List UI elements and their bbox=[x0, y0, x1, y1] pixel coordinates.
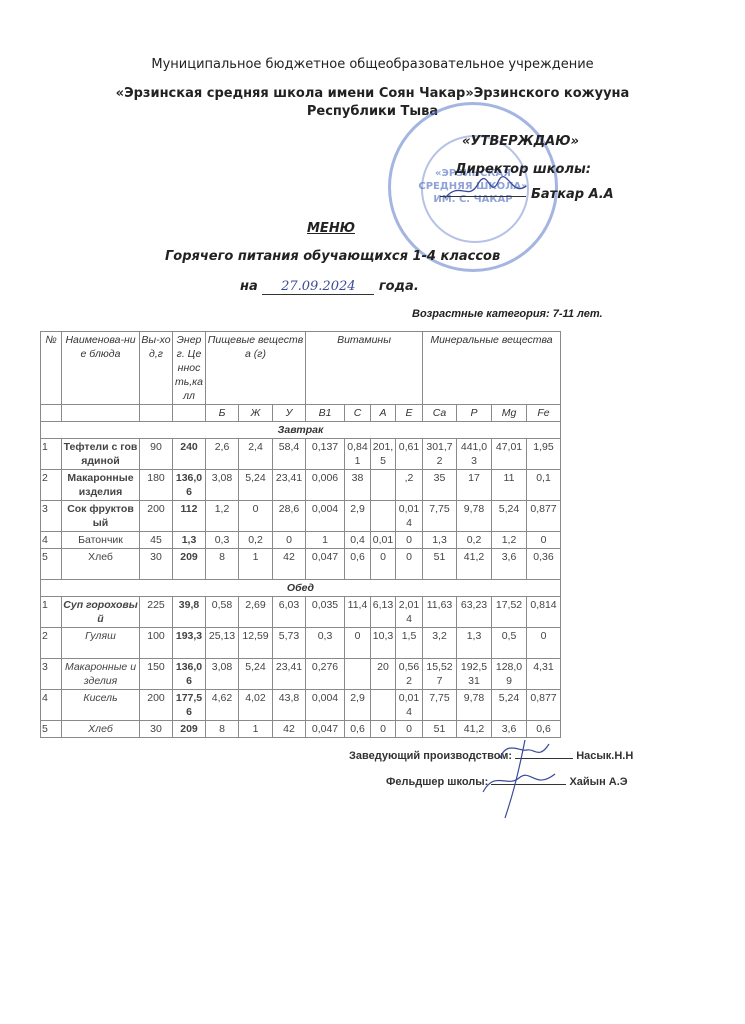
cell-c: 11,4 bbox=[345, 597, 371, 628]
cell-energy: 39,8 bbox=[173, 597, 206, 628]
cell-u: 23,41 bbox=[273, 659, 306, 690]
cell-name: Макаронные изделия bbox=[62, 659, 140, 690]
cell-zh: 1 bbox=[239, 549, 273, 580]
cell-name: Сок фруктовый bbox=[62, 501, 140, 532]
cell-b: 3,08 bbox=[206, 659, 239, 690]
date-suffix: года. bbox=[379, 279, 419, 294]
signatures-scribble-icon bbox=[475, 730, 565, 820]
cell-e: 0,014 bbox=[396, 690, 423, 721]
cell-n: 4 bbox=[41, 690, 62, 721]
cell-zh: 4,02 bbox=[239, 690, 273, 721]
menu-date: 27.09.2024 bbox=[262, 279, 374, 295]
cell-zh: 5,24 bbox=[239, 470, 273, 501]
cell-energy: 240 bbox=[173, 439, 206, 470]
table-row: 1Тефтели с говядиной902402,62,458,40,137… bbox=[41, 439, 561, 470]
cell-c: 0,6 bbox=[345, 721, 371, 738]
cell-b: 0,3 bbox=[206, 532, 239, 549]
cell-name: Тефтели с говядиной bbox=[62, 439, 140, 470]
header-row: № Наименова-ние блюда Вы-ход,г Энерг. Це… bbox=[41, 332, 561, 405]
cell-fe: 1,95 bbox=[527, 439, 561, 470]
cell-ca: 7,75 bbox=[423, 501, 457, 532]
cell-fe: 0,814 bbox=[527, 597, 561, 628]
cell-c: 0,841 bbox=[345, 439, 371, 470]
subheader-cell: Mg bbox=[492, 405, 527, 422]
cell-p: 1,3 bbox=[457, 628, 492, 659]
cell-b1: 0,276 bbox=[306, 659, 345, 690]
cell-b: 0,58 bbox=[206, 597, 239, 628]
cell-b: 8 bbox=[206, 721, 239, 738]
cell-c: 0,4 bbox=[345, 532, 371, 549]
cell-u: 23,41 bbox=[273, 470, 306, 501]
cell-e: 0,014 bbox=[396, 501, 423, 532]
cell-energy: 136,06 bbox=[173, 659, 206, 690]
cell-p: 41,2 bbox=[457, 549, 492, 580]
cell-b1: 0,137 bbox=[306, 439, 345, 470]
cell-c: 38 bbox=[345, 470, 371, 501]
cell-b1: 0,006 bbox=[306, 470, 345, 501]
cell-name: Гуляш bbox=[62, 628, 140, 659]
cell-b: 3,08 bbox=[206, 470, 239, 501]
medic-label: Фельдшер школы: bbox=[386, 776, 488, 788]
cell-n: 3 bbox=[41, 501, 62, 532]
cell-a: 6,13 bbox=[371, 597, 396, 628]
cell-e: 0,562 bbox=[396, 659, 423, 690]
subheader-cell: У bbox=[273, 405, 306, 422]
cell-e: 2,014 bbox=[396, 597, 423, 628]
cell-b1: 0,047 bbox=[306, 721, 345, 738]
cell-p: 441,03 bbox=[457, 439, 492, 470]
production-name: Насык.Н.Н bbox=[576, 750, 633, 762]
cell-a: 20 bbox=[371, 659, 396, 690]
cell-p: 9,78 bbox=[457, 501, 492, 532]
cell-e: 0 bbox=[396, 532, 423, 549]
cell-u: 5,73 bbox=[273, 628, 306, 659]
org-name-line2: «Эрзинская средняя школа имени Соян Чака… bbox=[0, 86, 745, 101]
cell-c: 0 bbox=[345, 628, 371, 659]
cell-b: 1,2 bbox=[206, 501, 239, 532]
cell-c: 2,9 bbox=[345, 501, 371, 532]
cell-b: 25,13 bbox=[206, 628, 239, 659]
cell-ca: 51 bbox=[423, 549, 457, 580]
cell-name: Кисель bbox=[62, 690, 140, 721]
cell-fe: 0 bbox=[527, 628, 561, 659]
cell-fe: 0,36 bbox=[527, 549, 561, 580]
cell-a bbox=[371, 690, 396, 721]
cell-n: 5 bbox=[41, 549, 62, 580]
cell-b1: 0,035 bbox=[306, 597, 345, 628]
cell-fe: 0,877 bbox=[527, 690, 561, 721]
cell-mg: 1,2 bbox=[492, 532, 527, 549]
cell-fe: 0 bbox=[527, 532, 561, 549]
date-prefix: на bbox=[240, 279, 258, 294]
table-row: 3Сок фруктовый2001121,2028,60,0042,90,01… bbox=[41, 501, 561, 532]
cell-b1: 0,004 bbox=[306, 501, 345, 532]
cell-zh: 0 bbox=[239, 501, 273, 532]
cell-energy: 112 bbox=[173, 501, 206, 532]
cell-e: 1,5 bbox=[396, 628, 423, 659]
menu-subtitle: Горячего питания обучающихся 1-4 классов bbox=[165, 249, 500, 264]
cell-mg: 3,6 bbox=[492, 549, 527, 580]
cell-name: Макаронные изделия bbox=[62, 470, 140, 501]
cell-ca: 35 bbox=[423, 470, 457, 501]
col-energy: Энерг. Ценность,калл bbox=[173, 332, 206, 405]
cell-name: Хлеб bbox=[62, 721, 140, 738]
section-title: Завтрак bbox=[41, 422, 561, 439]
cell-name: Хлеб bbox=[62, 549, 140, 580]
cell-mg: 5,24 bbox=[492, 501, 527, 532]
cell-yield: 45 bbox=[140, 532, 173, 549]
cell-c bbox=[345, 659, 371, 690]
cell-n: 1 bbox=[41, 439, 62, 470]
subheader-cell: Р bbox=[457, 405, 492, 422]
subheader-cell: А bbox=[371, 405, 396, 422]
table-row: 1Суп гороховый22539,80,582,696,030,03511… bbox=[41, 597, 561, 628]
col-nutrients: Пищевые вещества (г) bbox=[206, 332, 306, 405]
cell-energy: 209 bbox=[173, 721, 206, 738]
table-row: 4Батончик451,30,30,2010,40,0101,30,21,20 bbox=[41, 532, 561, 549]
cell-fe: 0,877 bbox=[527, 501, 561, 532]
cell-yield: 30 bbox=[140, 721, 173, 738]
section-row: Обед bbox=[41, 580, 561, 597]
cell-p: 63,23 bbox=[457, 597, 492, 628]
table-row: 4Кисель200177,564,624,0243,80,0042,90,01… bbox=[41, 690, 561, 721]
cell-ca: 51 bbox=[423, 721, 457, 738]
cell-ca: 3,2 bbox=[423, 628, 457, 659]
cell-zh: 0,2 bbox=[239, 532, 273, 549]
cell-a: 201,5 bbox=[371, 439, 396, 470]
cell-n: 3 bbox=[41, 659, 62, 690]
cell-p: 9,78 bbox=[457, 690, 492, 721]
menu-title: МЕНЮ bbox=[307, 221, 355, 236]
cell-yield: 150 bbox=[140, 659, 173, 690]
cell-e: ,2 bbox=[396, 470, 423, 501]
cell-n: 2 bbox=[41, 628, 62, 659]
cell-u: 43,8 bbox=[273, 690, 306, 721]
age-category: Возрастные категория: 7-11 лет. bbox=[412, 308, 603, 320]
cell-energy: 1,3 bbox=[173, 532, 206, 549]
cell-mg: 128,09 bbox=[492, 659, 527, 690]
table-row: 5Хлеб3020981420,0470,6005141,23,60,36 bbox=[41, 549, 561, 580]
director-signature-icon bbox=[440, 172, 530, 206]
cell-zh: 12,59 bbox=[239, 628, 273, 659]
cell-energy: 177,56 bbox=[173, 690, 206, 721]
cell-u: 6,03 bbox=[273, 597, 306, 628]
col-vitamins: Витамины bbox=[306, 332, 423, 405]
cell-u: 28,6 bbox=[273, 501, 306, 532]
cell-mg: 0,5 bbox=[492, 628, 527, 659]
org-name-line3: Республики Тыва bbox=[0, 104, 745, 119]
cell-yield: 90 bbox=[140, 439, 173, 470]
table-row: 3Макаронные изделия150136,063,085,2423,4… bbox=[41, 659, 561, 690]
section-row: Завтрак bbox=[41, 422, 561, 439]
cell-u: 0 bbox=[273, 532, 306, 549]
cell-u: 42 bbox=[273, 721, 306, 738]
cell-name: Батончик bbox=[62, 532, 140, 549]
subheader-cell: Fe bbox=[527, 405, 561, 422]
cell-name: Суп гороховый bbox=[62, 597, 140, 628]
cell-e: 0 bbox=[396, 721, 423, 738]
cell-energy: 136,06 bbox=[173, 470, 206, 501]
cell-yield: 100 bbox=[140, 628, 173, 659]
cell-zh: 5,24 bbox=[239, 659, 273, 690]
cell-n: 2 bbox=[41, 470, 62, 501]
subheader-cell: В1 bbox=[306, 405, 345, 422]
cell-b1: 0,004 bbox=[306, 690, 345, 721]
cell-a bbox=[371, 501, 396, 532]
subheader-cell: С bbox=[345, 405, 371, 422]
cell-energy: 193,3 bbox=[173, 628, 206, 659]
cell-energy: 209 bbox=[173, 549, 206, 580]
cell-c: 0,6 bbox=[345, 549, 371, 580]
cell-ca: 7,75 bbox=[423, 690, 457, 721]
cell-mg: 11 bbox=[492, 470, 527, 501]
subheader-row: БЖУВ1САЕСаРMgFe bbox=[41, 405, 561, 422]
cell-yield: 30 bbox=[140, 549, 173, 580]
cell-n: 5 bbox=[41, 721, 62, 738]
org-name-line1: Муниципальное бюджетное общеобразователь… bbox=[0, 57, 745, 72]
cell-fe: 0,1 bbox=[527, 470, 561, 501]
table-body: Завтрак1Тефтели с говядиной902402,62,458… bbox=[41, 422, 561, 738]
cell-ca: 11,63 bbox=[423, 597, 457, 628]
cell-ca: 301,72 bbox=[423, 439, 457, 470]
cell-mg: 17,52 bbox=[492, 597, 527, 628]
cell-a: 0 bbox=[371, 721, 396, 738]
cell-e: 0,61 bbox=[396, 439, 423, 470]
cell-fe: 4,31 bbox=[527, 659, 561, 690]
cell-a: 0,01 bbox=[371, 532, 396, 549]
cell-e: 0 bbox=[396, 549, 423, 580]
cell-yield: 180 bbox=[140, 470, 173, 501]
cell-b: 4,62 bbox=[206, 690, 239, 721]
col-num: № bbox=[41, 332, 62, 405]
cell-u: 58,4 bbox=[273, 439, 306, 470]
cell-zh: 2,69 bbox=[239, 597, 273, 628]
table-row: 2Макаронные изделия180136,063,085,2423,4… bbox=[41, 470, 561, 501]
col-name: Наименова-ние блюда bbox=[62, 332, 140, 405]
cell-a bbox=[371, 470, 396, 501]
menu-date-line: на 27.09.2024 года. bbox=[240, 279, 419, 295]
cell-zh: 2,4 bbox=[239, 439, 273, 470]
cell-yield: 225 bbox=[140, 597, 173, 628]
col-minerals: Минеральные вещества bbox=[423, 332, 561, 405]
medic-name: Хайын А.Э bbox=[569, 776, 627, 788]
cell-b: 2,6 bbox=[206, 439, 239, 470]
table-row: 2Гуляш100193,325,1312,595,730,3010,31,53… bbox=[41, 628, 561, 659]
cell-mg: 47,01 bbox=[492, 439, 527, 470]
cell-b: 8 bbox=[206, 549, 239, 580]
cell-ca: 15,527 bbox=[423, 659, 457, 690]
menu-table: № Наименова-ние блюда Вы-ход,г Энерг. Це… bbox=[40, 331, 561, 738]
subheader-cell: Б bbox=[206, 405, 239, 422]
cell-mg: 5,24 bbox=[492, 690, 527, 721]
cell-n: 1 bbox=[41, 597, 62, 628]
subheader-cell: Е bbox=[396, 405, 423, 422]
cell-yield: 200 bbox=[140, 690, 173, 721]
section-title: Обед bbox=[41, 580, 561, 597]
cell-c: 2,9 bbox=[345, 690, 371, 721]
cell-yield: 200 bbox=[140, 501, 173, 532]
col-yield: Вы-ход,г bbox=[140, 332, 173, 405]
subheader-cell: Са bbox=[423, 405, 457, 422]
cell-p: 192,531 bbox=[457, 659, 492, 690]
cell-zh: 1 bbox=[239, 721, 273, 738]
cell-a: 0 bbox=[371, 549, 396, 580]
cell-u: 42 bbox=[273, 549, 306, 580]
cell-b1: 1 bbox=[306, 532, 345, 549]
director-name: Баткар А.А bbox=[531, 187, 614, 202]
cell-b1: 0,3 bbox=[306, 628, 345, 659]
cell-p: 17 bbox=[457, 470, 492, 501]
cell-p: 0,2 bbox=[457, 532, 492, 549]
subheader-cell: Ж bbox=[239, 405, 273, 422]
cell-b1: 0,047 bbox=[306, 549, 345, 580]
cell-n: 4 bbox=[41, 532, 62, 549]
cell-ca: 1,3 bbox=[423, 532, 457, 549]
cell-a: 10,3 bbox=[371, 628, 396, 659]
approval-title: «УТВЕРЖДАЮ» bbox=[462, 134, 579, 149]
